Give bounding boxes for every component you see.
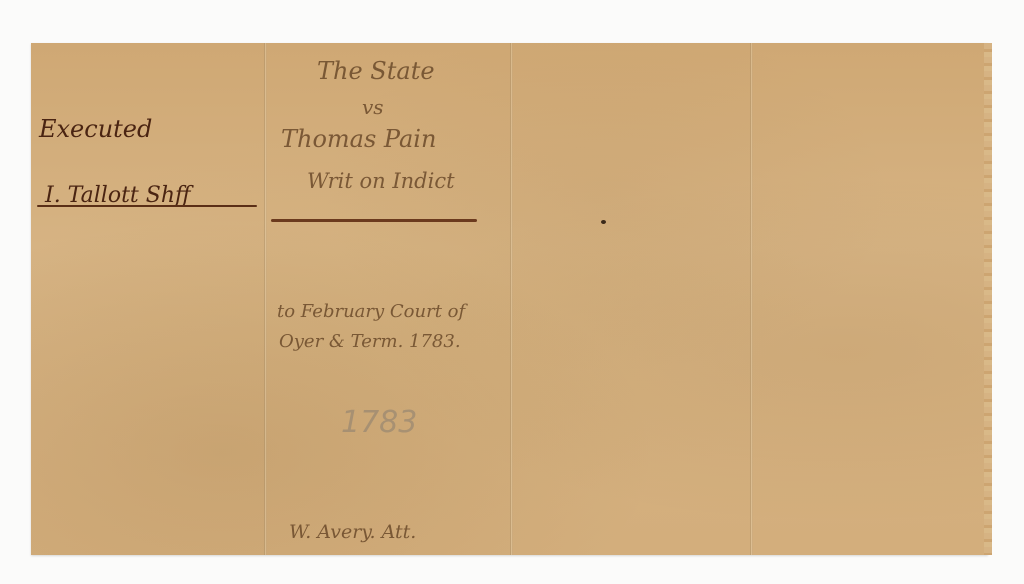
court-note-line-1: to February Court of [277, 301, 465, 322]
the-state-heading: The State [317, 57, 435, 85]
versus-text: vs [362, 95, 384, 119]
executed-text: Executed [39, 115, 152, 143]
panel-2: The State vs Thomas Pain Writ on Indict … [267, 43, 510, 555]
panel-3 [513, 43, 750, 555]
ink-spot [601, 220, 606, 224]
signature-underline [37, 205, 257, 207]
torn-edge [984, 43, 992, 555]
heading-rule [271, 219, 477, 222]
court-note-line-2: Oyer & Term. 1783. [279, 331, 461, 352]
pencil-year-note: 1783 [341, 405, 417, 440]
attorney-signature: W. Avery. Att. [289, 521, 416, 543]
writ-on-indictment: Writ on Indict [307, 169, 455, 193]
panel-1: Executed I. Tallott Shff [31, 43, 264, 555]
panel-4 [753, 43, 988, 555]
defendant-name: Thomas Pain [281, 125, 436, 153]
manuscript-document: Executed I. Tallott Shff The State vs Th… [31, 43, 988, 555]
